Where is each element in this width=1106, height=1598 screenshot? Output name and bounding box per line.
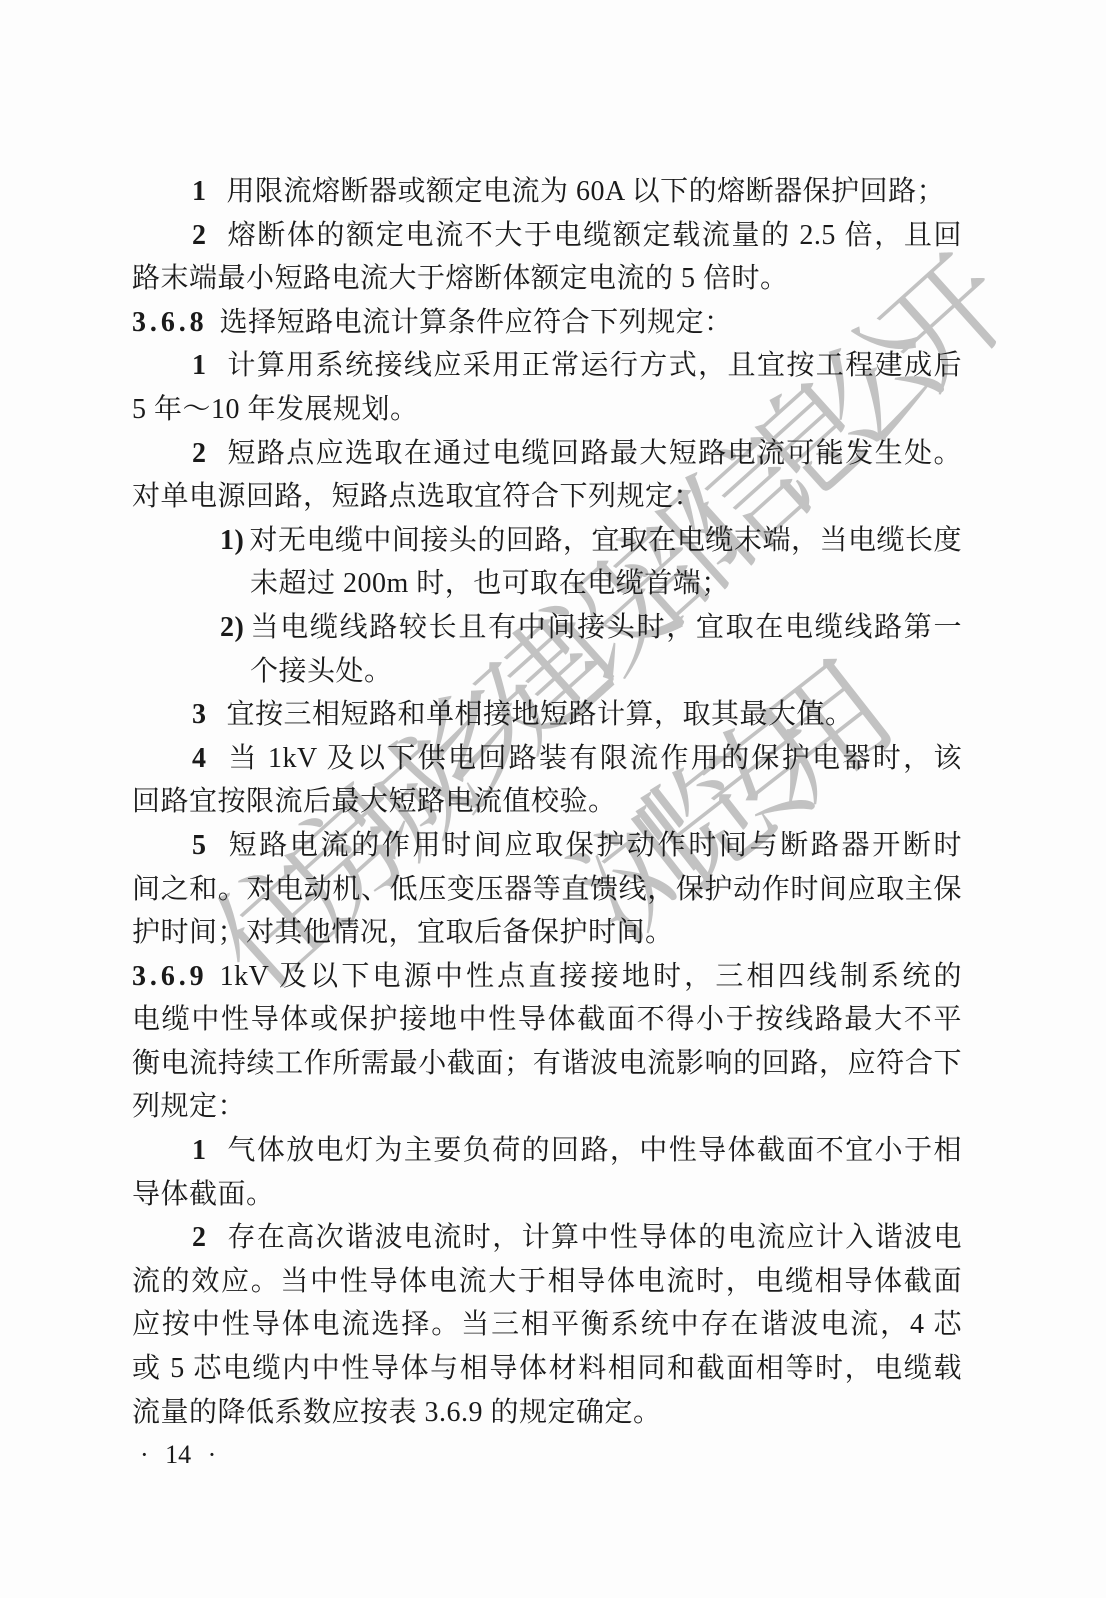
text-line-1: 1用限流熔断器或额定电流为 60A 以下的熔断器保护回路；: [132, 170, 962, 214]
document-page: 住房城乡建设部信息公开 浏览专用 1用限流熔断器或额定电流为 60A 以下的熔断…: [0, 0, 1106, 1598]
text-line-22: 列规定：: [132, 1085, 962, 1129]
text-line-7: 2短路点应选取在通过电缆回路最大短路电流可能发生处。: [132, 432, 962, 476]
text-line-24: 导体截面。: [132, 1173, 962, 1217]
item-number: 1: [192, 1135, 207, 1166]
text-line-4: 3.6.8选择短路电流计算条件应符合下列规定：: [132, 301, 962, 345]
item-number: 5: [192, 830, 207, 861]
item-number: 2: [192, 1222, 207, 1253]
item-number: 1: [192, 176, 207, 207]
item-number: 1): [220, 525, 244, 556]
text-line-19: 3.6.91kV 及以下电源中性点直接接地时，三相四线制系统的: [132, 955, 962, 999]
text-line-23: 1气体放电灯为主要负荷的回路，中性导体截面不宜小于相: [132, 1129, 962, 1173]
text-line-8: 对单电源回路，短路点选取宜符合下列规定：: [132, 475, 962, 519]
text-line-29: 流量的降低系数应按表 3.6.9 的规定确定。: [132, 1391, 962, 1435]
text-line-27: 应按中性导体电流选择。当三相平衡系统中存在谐波电流，4 芯: [132, 1303, 962, 1347]
item-number: 2: [192, 220, 207, 251]
text-line-5: 1计算用系统接线应采用正常运行方式，且宜按工程建成后: [132, 344, 962, 388]
text-line-16: 5短路电流的作用时间应取保护动作时间与断路器开断时: [132, 824, 962, 868]
text-line-25: 2存在高次谐波电流时，计算中性导体的电流应计入谐波电: [132, 1216, 962, 1260]
text-line-13: 3宜按三相短路和单相接地短路计算，取其最大值。: [132, 693, 962, 737]
text-line-12: 个接头处。: [132, 650, 962, 694]
text-line-3: 路末端最小短路电流大于熔断体额定电流的 5 倍时。: [132, 257, 962, 301]
text-line-6: 5 年～10 年发展规划。: [132, 388, 962, 432]
text-line-26: 流的效应。当中性导体电流大于相导体电流时，电缆相导体截面: [132, 1260, 962, 1304]
page-number: · 14 ·: [140, 1440, 216, 1470]
text-line-10: 未超过 200m 时，也可取在电缆首端；: [132, 562, 962, 606]
item-number: 1: [192, 350, 207, 381]
text-line-17: 间之和。对电动机、低压变压器等直馈线，保护动作时间应取主保: [132, 868, 962, 912]
text-line-28: 或 5 芯电缆内中性导体与相导体材料相同和截面相等时，电缆载: [132, 1347, 962, 1391]
text-line-21: 衡电流持续工作所需最小截面；有谐波电流影响的回路，应符合下: [132, 1042, 962, 1086]
item-number: 4: [192, 743, 207, 774]
text-line-15: 回路宜按限流后最大短路电流值校验。: [132, 780, 962, 824]
text-line-2: 2熔断体的额定电流不大于电缆额定载流量的 2.5 倍，且回: [132, 214, 962, 258]
text-line-11: 2)当电缆线路较长且有中间接头时，宜取在电缆线路第一: [132, 606, 962, 650]
item-number: 3.6.9: [132, 961, 208, 992]
item-number: 2): [220, 612, 244, 643]
text-line-18: 护时间；对其他情况，宜取后备保护时间。: [132, 911, 962, 955]
text-line-14: 4当 1kV 及以下供电回路装有限流作用的保护电器时，该: [132, 737, 962, 781]
text-line-20: 电缆中性导体或保护接地中性导体截面不得小于按线路最大不平: [132, 998, 962, 1042]
item-number: 3.6.8: [132, 307, 208, 338]
text-block: 1用限流熔断器或额定电流为 60A 以下的熔断器保护回路；2熔断体的额定电流不大…: [132, 170, 962, 1434]
text-line-9: 1)对无电缆中间接头的回路，宜取在电缆末端，当电缆长度: [132, 519, 962, 563]
item-number: 2: [192, 438, 207, 469]
item-number: 3: [192, 699, 207, 730]
